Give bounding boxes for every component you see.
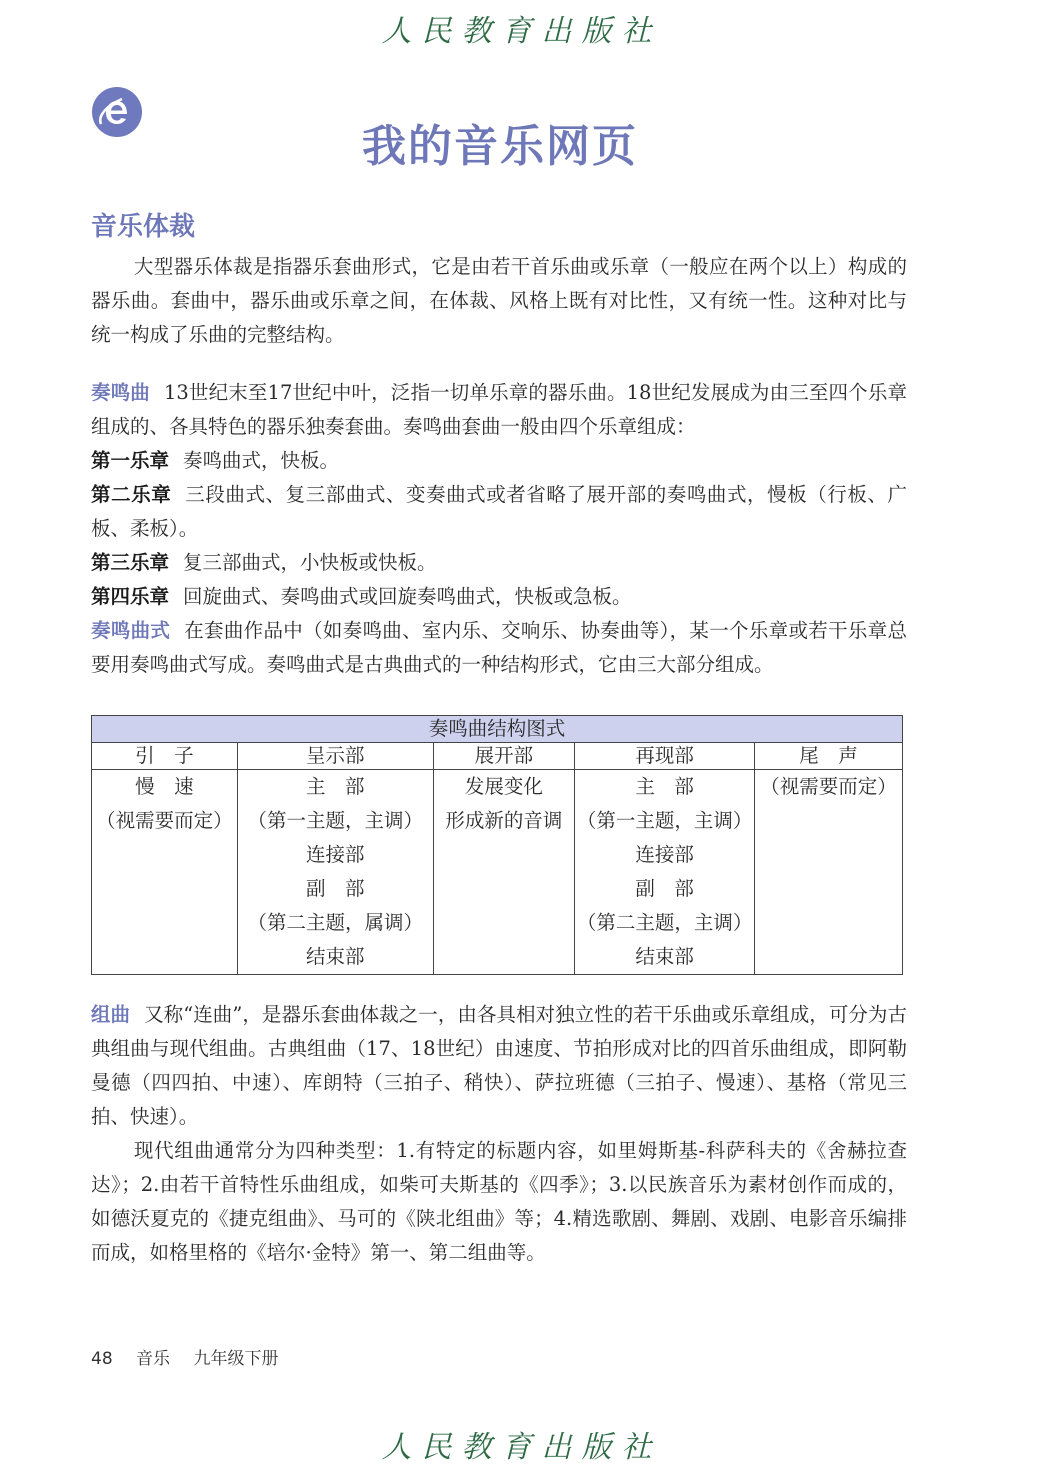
cell-line: 副 部 (238, 872, 433, 906)
cell-intro: 慢 速 （视需要而定） (92, 770, 238, 975)
sonata-structure-table: 奏鸣曲结构图式 引 子 呈示部 展开部 再现部 尾 声 慢 速 （视需要而定） … (91, 715, 903, 975)
movement-1-text: 奏鸣曲式，快板。 (183, 449, 339, 472)
section-title: 音乐体裁 (91, 206, 195, 243)
table-caption: 奏鸣曲结构图式 (92, 716, 903, 743)
movement-2-text: 三段曲式、复三部曲式、变奏曲式或者省略了展开部的奏鸣曲式，慢板（行板、广板、柔板… (91, 483, 907, 540)
movement-4-term: 第四乐章 (91, 585, 169, 608)
movement-1: 第一乐章奏鸣曲式，快板。 (91, 444, 907, 478)
publisher-logo-top: 人民教育出版社 (0, 6, 1043, 50)
cell-development: 发展变化 形成新的音调 (433, 770, 575, 975)
cell-line: （第二主题，主调） (575, 906, 754, 940)
cell-recapitulation: 主 部 （第一主题，主调） 连接部 副 部 （第二主题，主调） 结束部 (575, 770, 755, 975)
sonata-form-term: 奏鸣曲式 (91, 619, 170, 642)
sonata-form-text: 在套曲作品中（如奏鸣曲、室内乐、交响乐、协奏曲等），某一个乐章或若干乐章总要用奏… (91, 619, 907, 676)
movement-1-term: 第一乐章 (91, 449, 169, 472)
cell-coda: （视需要而定） (755, 770, 903, 975)
publisher-logo-bottom: 人民教育出版社 (0, 1422, 1043, 1466)
movement-3: 第三乐章复三部曲式，小快板或快板。 (91, 546, 907, 580)
cell-line: （第一主题，主调） (575, 804, 754, 838)
movement-4-text: 回旋曲式、奏鸣曲式或回旋奏鸣曲式，快板或急板。 (183, 585, 632, 608)
sonata-form-paragraph: 奏鸣曲式在套曲作品中（如奏鸣曲、室内乐、交响乐、协奏曲等），某一个乐章或若干乐章… (91, 614, 907, 682)
page-footer: 48 音乐 九年级下册 (91, 1344, 296, 1369)
cell-line: 主 部 (575, 770, 754, 804)
cell-line: （视需要而定） (755, 770, 902, 804)
cell-line: 结束部 (575, 940, 754, 974)
column-header-intro: 引 子 (92, 743, 238, 770)
movement-3-text: 复三部曲式，小快板或快板。 (183, 551, 437, 574)
movement-2: 第二乐章三段曲式、复三部曲式、变奏曲式或者省略了展开部的奏鸣曲式，慢板（行板、广… (91, 478, 907, 546)
intro-paragraph: 大型器乐体裁是指器乐套曲形式，它是由若干首乐曲或乐章（一般应在两个以上）构成的器… (91, 250, 907, 352)
footer-subject: 音乐 (136, 1349, 170, 1369)
column-header-development: 展开部 (433, 743, 575, 770)
sonata-term: 奏鸣曲 (91, 381, 150, 404)
column-header-coda: 尾 声 (755, 743, 903, 770)
page-title: 我的音乐网页 (0, 110, 1000, 174)
cell-line: （第二主题，属调） (238, 906, 433, 940)
movement-3-term: 第三乐章 (91, 551, 169, 574)
suite-text: 又称“连曲”，是器乐套曲体裁之一，由各具相对独立性的若干乐曲或乐章组成，可分为古… (91, 1003, 907, 1128)
movement-2-term: 第二乐章 (91, 483, 171, 506)
page-number: 48 (91, 1349, 113, 1369)
cell-line: 结束部 (238, 940, 433, 974)
movement-4: 第四乐章回旋曲式、奏鸣曲式或回旋奏鸣曲式，快板或急板。 (91, 580, 907, 614)
column-header-exposition: 呈示部 (237, 743, 433, 770)
suite-term: 组曲 (91, 1003, 130, 1026)
cell-line: 形成新的音调 (434, 804, 575, 838)
cell-line: （视需要而定） (92, 804, 237, 838)
modern-suite-paragraph: 现代组曲通常分为四种类型：1.有特定的标题内容，如里姆斯基-科萨科夫的《舍赫拉查… (91, 1134, 907, 1270)
cell-line: 慢 速 (92, 770, 237, 804)
sonata-paragraph: 奏鸣曲13世纪末至17世纪中叶，泛指一切单乐章的器乐曲。18世纪发展成为由三至四… (91, 376, 907, 444)
column-header-recapitulation: 再现部 (575, 743, 755, 770)
cell-line: 副 部 (575, 872, 754, 906)
cell-line: 发展变化 (434, 770, 575, 804)
sonata-text: 13世纪末至17世纪中叶，泛指一切单乐章的器乐曲。18世纪发展成为由三至四个乐章… (91, 381, 907, 438)
cell-line: 连接部 (238, 838, 433, 872)
cell-line: （第一主题，主调） (238, 804, 433, 838)
cell-line: 主 部 (238, 770, 433, 804)
suite-paragraph: 组曲又称“连曲”，是器乐套曲体裁之一，由各具相对独立性的若干乐曲或乐章组成，可分… (91, 998, 907, 1134)
cell-exposition: 主 部 （第一主题，主调） 连接部 副 部 （第二主题，属调） 结束部 (237, 770, 433, 975)
cell-line: 连接部 (575, 838, 754, 872)
footer-book: 九年级下册 (193, 1349, 278, 1369)
